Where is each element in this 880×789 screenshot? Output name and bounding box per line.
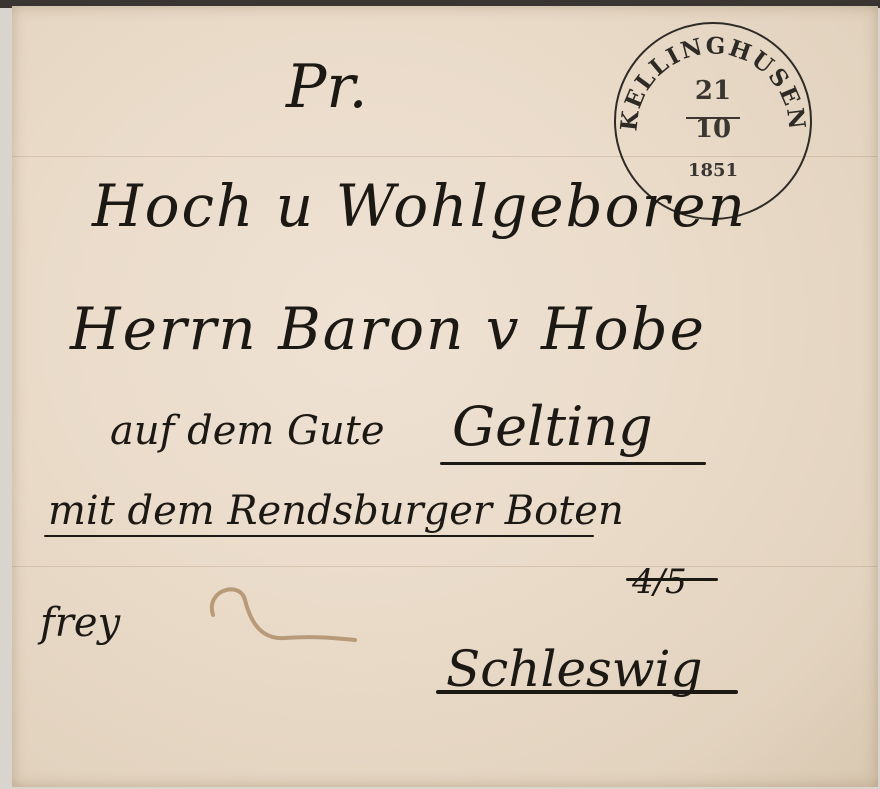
estate-place-name: Gelting — [452, 395, 653, 458]
place-underline — [440, 462, 706, 465]
rate-marking-struck: 4/5 — [632, 562, 687, 602]
recipient-line: Herrn Baron v Hobe — [70, 295, 706, 363]
salutation-line: Hoch u Wohlgeboren — [92, 172, 747, 240]
prefix-text: Pr. — [286, 52, 368, 122]
franking-note: frey — [40, 600, 120, 646]
pencil-rate-marking — [205, 580, 365, 654]
estate-line-start: auf dem Gute — [110, 408, 385, 454]
fold-line — [12, 566, 878, 567]
carrier-underline — [44, 535, 594, 537]
postmark-month: 10 — [616, 114, 810, 144]
carrier-line: mit dem Rendsburger Boten — [48, 488, 624, 534]
rate-strike — [626, 578, 718, 581]
destination-strike — [436, 690, 738, 694]
postmark-day: 21 — [616, 76, 810, 106]
